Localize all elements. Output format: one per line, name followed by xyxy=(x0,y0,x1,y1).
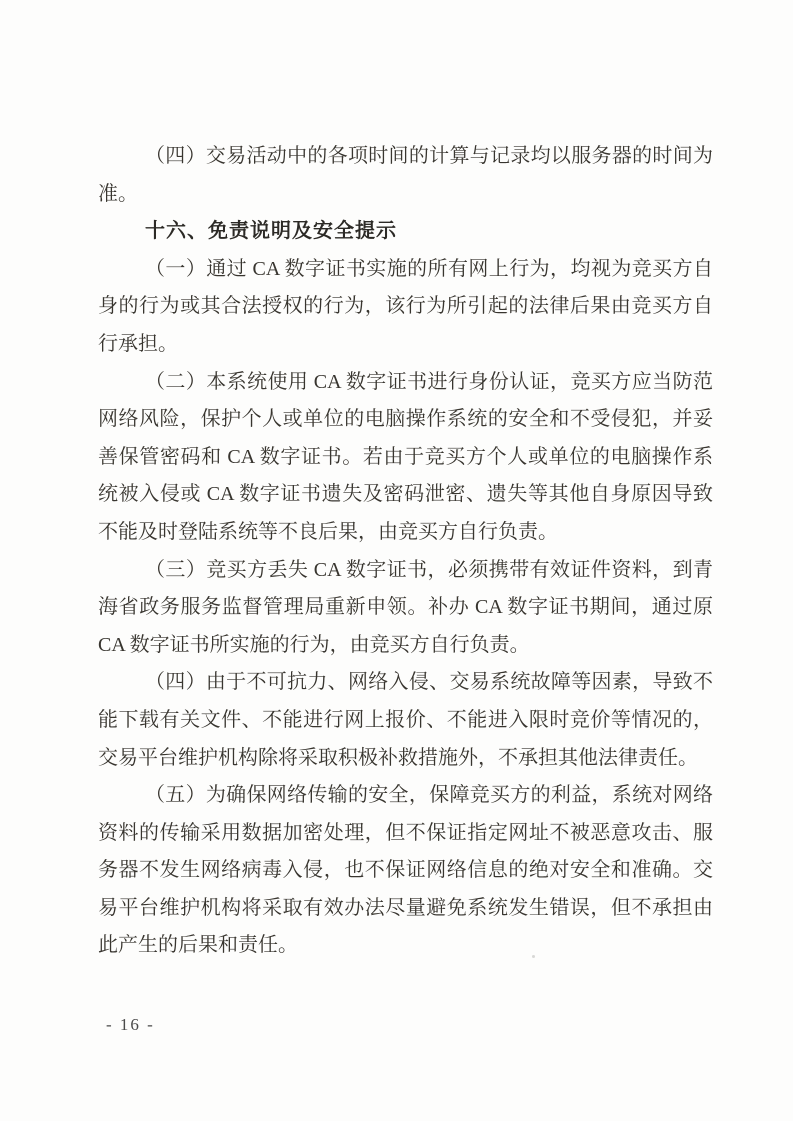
paragraph-disclaimer-4: （四）由于不可抗力、网络入侵、交易系统故障等因素，导致不能下载有关文件、不能进行… xyxy=(98,664,713,777)
paragraph-disclaimer-5: （五）为确保网络传输的安全，保障竞买方的利益，系统对网络资料的传输采用数据加密处… xyxy=(98,777,713,965)
paragraph-disclaimer-3: （三）竞买方丢失 CA 数字证书，必须携带有效证件资料，到青海省政务服务监督管理… xyxy=(98,552,713,665)
page-number: - 16 - xyxy=(106,1015,155,1035)
paragraph-disclaimer-1: （一）通过 CA 数字证书实施的所有网上行为，均视为竞买方自身的行为或其合法授权… xyxy=(98,251,713,364)
paragraph-time-clause: （四）交易活动中的各项时间的计算与记录均以服务器的时间为准。 xyxy=(98,138,713,213)
scan-artifact-speck xyxy=(532,955,535,958)
section-heading-disclaimer: 十六、免责说明及安全提示 xyxy=(98,213,713,251)
document-body: （四）交易活动中的各项时间的计算与记录均以服务器的时间为准。 十六、免责说明及安… xyxy=(98,138,713,965)
paragraph-disclaimer-2: （二）本系统使用 CA 数字证书进行身份认证，竞买方应当防范网络风险，保护个人或… xyxy=(98,364,713,552)
document-page: （四）交易活动中的各项时间的计算与记录均以服务器的时间为准。 十六、免责说明及安… xyxy=(0,0,793,1121)
